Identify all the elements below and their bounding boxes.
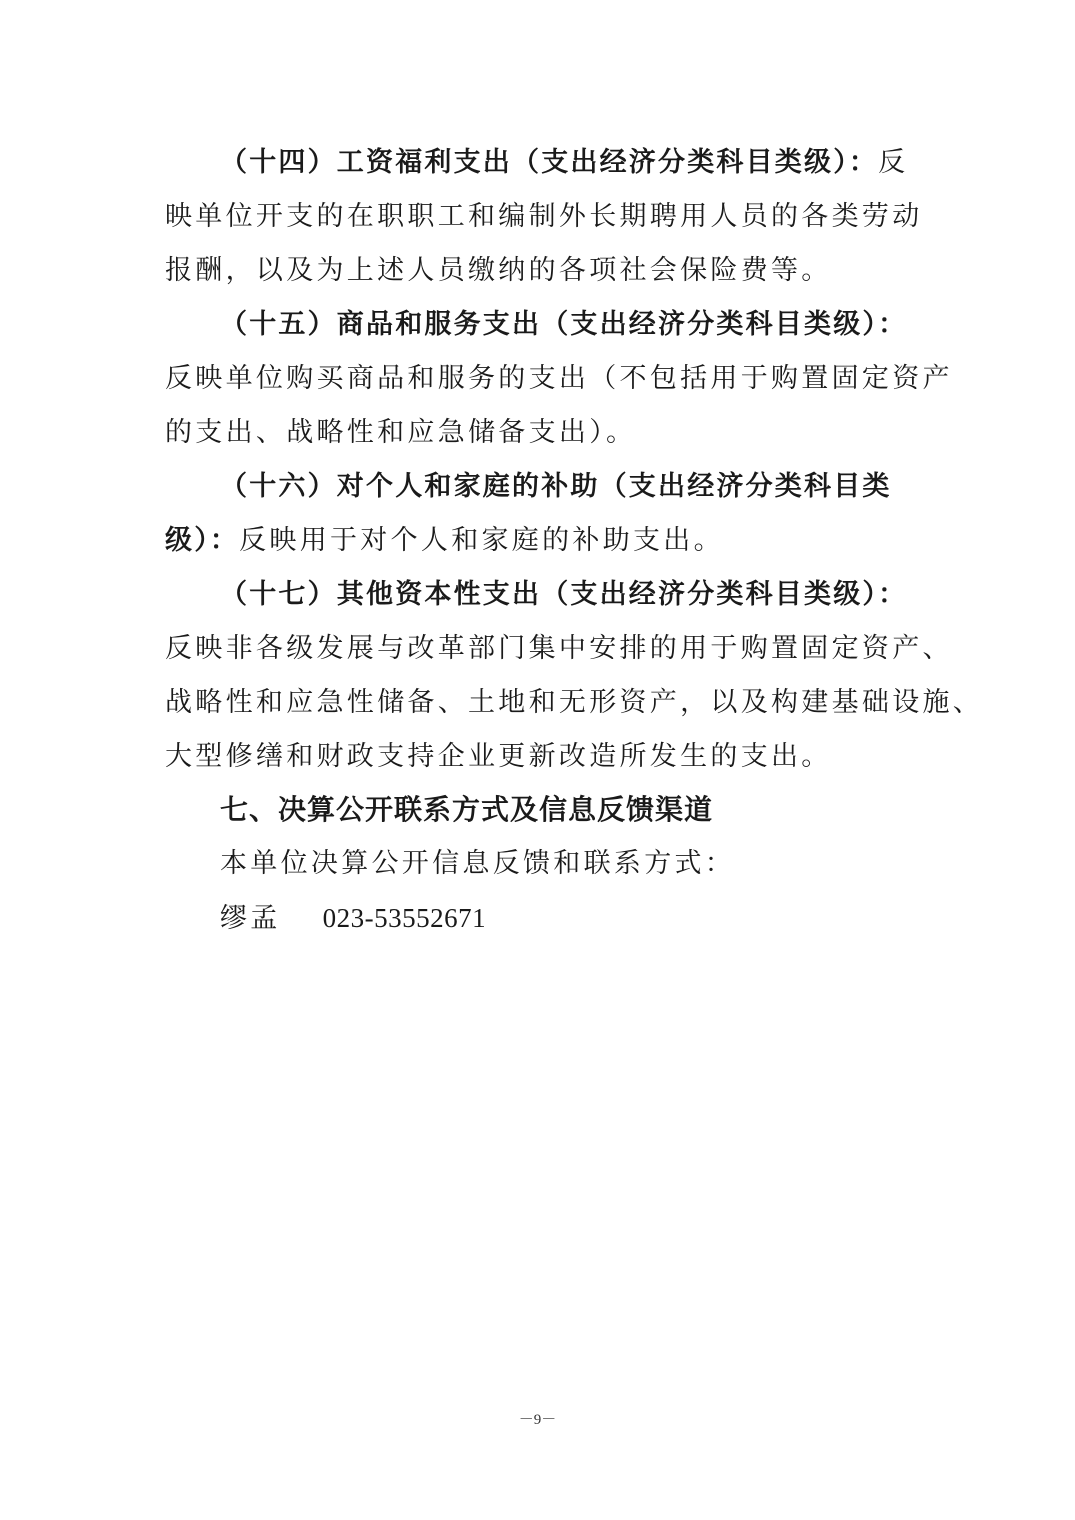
contact-line: 缪孟023-53552671 <box>220 898 980 939</box>
section-14-heading: （十四）工资福利支出（支出经济分类科目类级）： <box>220 147 878 178</box>
section-15-text-line-2: 的支出、战略性和应急储备支出）。 <box>165 413 925 453</box>
page-number: －9－ <box>0 1408 1075 1429</box>
section-15-text-line-1: 反映单位购买商品和服务的支出（不包括用于购置固定资产 <box>165 359 925 399</box>
section-14-text-line-2: 映单位开支的在职职工和编制外长期聘用人员的各类劳动 <box>165 197 925 237</box>
section-17-text-line-2: 战略性和应急性储备、土地和无形资产，以及构建基础设施、 <box>165 683 925 723</box>
section-16-text: 反映用于对个人和家庭的补助支出。 <box>239 525 724 556</box>
section-15-heading: （十五）商品和服务支出（支出经济分类科目类级）： <box>220 305 980 345</box>
section-16-heading-line-2: 级）：反映用于对个人和家庭的补助支出。 <box>165 521 925 561</box>
section-16-heading: （十六）对个人和家庭的补助（支出经济分类科目类 <box>220 467 980 507</box>
section-17-text-line-3: 大型修缮和财政支持企业更新改造所发生的支出。 <box>165 737 925 777</box>
contact-name: 缪孟 <box>220 903 281 934</box>
section-14-text-line-3: 报酬，以及为上述人员缴纳的各项社会保险费等。 <box>165 251 925 291</box>
section-17-text-line-1: 反映非各级发展与改革部门集中安排的用于购置固定资产、 <box>165 629 925 669</box>
document-page: （十四）工资福利支出（支出经济分类科目类级）：反 映单位开支的在职职工和编制外长… <box>0 0 1075 1520</box>
section-17-heading: （十七）其他资本性支出（支出经济分类科目类级）： <box>220 575 980 615</box>
contact-phone: 023-53552671 <box>323 903 487 933</box>
section-14-text-start: 反 <box>878 147 908 178</box>
section-14-heading-line: （十四）工资福利支出（支出经济分类科目类级）：反 <box>220 143 980 183</box>
contact-intro: 本单位决算公开信息反馈和联系方式： <box>220 844 980 884</box>
contact-section-title: 七、决算公开联系方式及信息反馈渠道 <box>220 790 980 830</box>
